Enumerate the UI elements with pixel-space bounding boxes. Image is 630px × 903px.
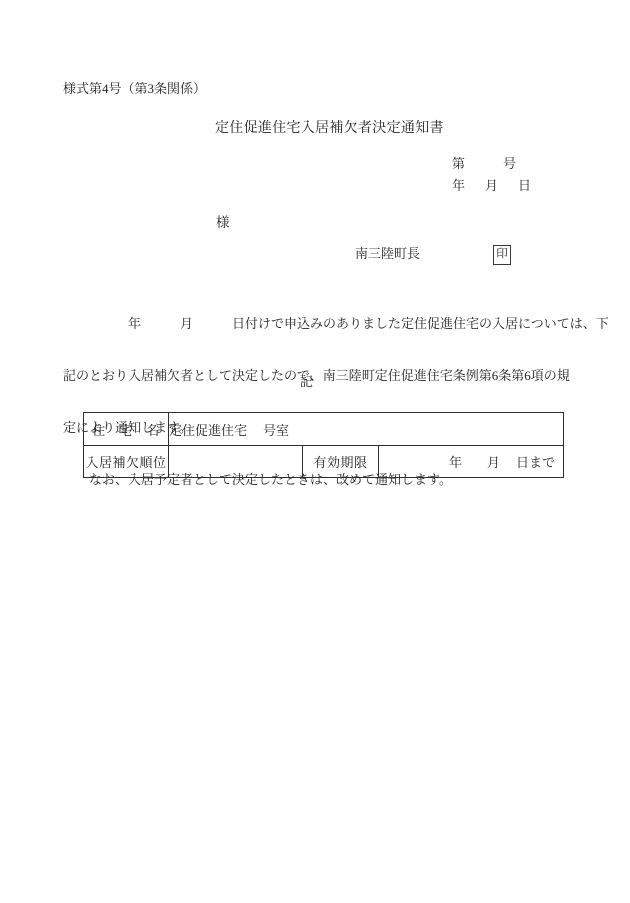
addressee-honorific: 様	[216, 211, 230, 231]
waitlist-rank-value-cell	[169, 446, 303, 478]
body-line-1: 年 月 日付けで申込みのありました定住促進住宅の入居については、下	[63, 314, 603, 334]
validity-label: 有効期限	[303, 446, 379, 478]
housing-room-suffix: 号室	[263, 423, 289, 438]
body-line-2: 記のとおり入居補欠者として決定したので、南三陸町定住促進住宅条例第6条第6項の規	[63, 366, 603, 386]
sender-title: 南三陸町長	[355, 243, 420, 262]
housing-name-prefix: 定住促進住宅	[169, 423, 247, 438]
waitlist-rank-label: 入居補欠順位	[84, 446, 169, 478]
validity-month-label: 月	[487, 452, 500, 471]
validity-year-label: 年	[449, 452, 462, 471]
form-number: 様式第4号（第3条関係）	[63, 78, 206, 97]
validity-day-label: 日まで	[516, 452, 555, 471]
table-row-waitlist: 入居補欠順位 有効期限 年 月 日まで	[84, 446, 564, 478]
issue-date-day-label: 日	[518, 175, 531, 194]
validity-date-line: 年 月 日まで	[379, 452, 563, 471]
doc-number-suffix: 号	[503, 153, 516, 172]
seal-mark: 印	[493, 245, 511, 265]
document-title: 定住促進住宅入居補欠者決定通知書	[215, 117, 444, 137]
housing-name-label: 住 宅 名	[84, 413, 169, 446]
table-row-housing-name: 住 宅 名 定住促進住宅号室	[84, 413, 564, 446]
issue-date-line: 年 月 日	[452, 175, 531, 194]
document-number-line: 第 号	[452, 153, 516, 172]
issue-date-month-label: 月	[485, 175, 498, 194]
validity-value-cell: 年 月 日まで	[379, 446, 564, 478]
issue-date-year-label: 年	[452, 175, 465, 194]
notice-table: 住 宅 名 定住促進住宅号室 入居補欠順位 有効期限 年 月 日まで	[83, 412, 564, 478]
document-page: 様式第4号（第3条関係） 定住促進住宅入居補欠者決定通知書 第 号 年 月 日 …	[0, 0, 630, 903]
body-paragraph: 年 月 日付けで申込みのありました定住促進住宅の入居については、下 記のとおり入…	[63, 282, 603, 522]
doc-number-prefix: 第	[452, 153, 465, 172]
record-marker: 記	[300, 371, 313, 390]
housing-name-value-cell: 定住促進住宅号室	[169, 413, 564, 446]
